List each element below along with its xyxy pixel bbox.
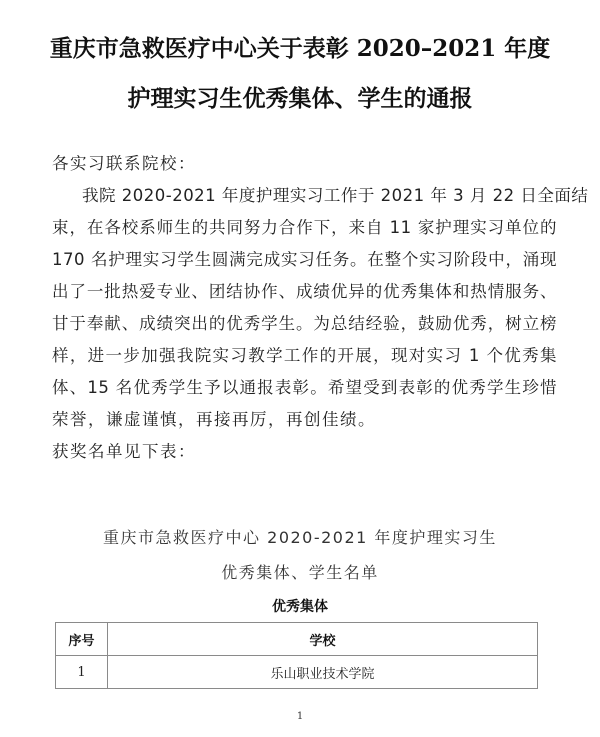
column-header-number: 序号 (56, 623, 108, 656)
paragraph-line: 我院 2020-2021 年度护理实习工作于 2021 年 3 月 22 日全面… (52, 180, 557, 212)
document-page: 重庆市急救医疗中心关于表彰 2020–2021 年度 护理实习生优秀集体、学生的… (0, 0, 600, 737)
list-title-line-2: 优秀集体、学生名单 (0, 560, 600, 583)
list-title-line-1: 重庆市急救医疗中心 2020-2021 年度护理实习生 (0, 525, 600, 548)
paragraph-line: 样，进一步加强我院实习教学工作的开展，现对实习 1 个优秀集 (52, 340, 557, 372)
section-heading-collective: 优秀集体 (0, 596, 600, 616)
cell-number: 1 (56, 656, 108, 689)
page-number: 1 (0, 711, 600, 722)
collective-table: 序号 学校 1 乐山职业技术学院 (55, 622, 538, 689)
paragraph-line: 170 名护理实习学生圆满完成实习任务。在整个实习阶段中，涌现 (52, 244, 557, 276)
paragraph-line: 荣誉，谦虚谨慎，再接再厉，再创佳绩。 (52, 404, 557, 436)
paragraph-line: 体、15 名优秀学生予以通报表彰。希望受到表彰的优秀学生珍惜 (52, 372, 557, 404)
salutation: 各实习联系院校： (52, 148, 196, 180)
paragraph-line: 束，在各校系师生的共同努力合作下，来自 11 家护理实习单位的 (52, 212, 557, 244)
paragraph-line: 甘于奉献、成绩突出的优秀学生。为总结经验，鼓励优秀，树立榜 (52, 308, 557, 340)
cell-school: 乐山职业技术学院 (108, 656, 538, 689)
document-title-line-2: 护理实习生优秀集体、学生的通报 (0, 80, 600, 113)
table-header-row: 序号 学校 (56, 623, 538, 656)
document-title-line-1: 重庆市急救医疗中心关于表彰 2020–2021 年度 (0, 30, 600, 63)
column-header-school: 学校 (108, 623, 538, 656)
body-paragraph: 我院 2020-2021 年度护理实习工作于 2021 年 3 月 22 日全面… (52, 180, 557, 436)
paragraph-line: 出了一批热爱专业、团结协作、成绩优异的优秀集体和热情服务、 (52, 276, 557, 308)
list-intro: 获奖名单见下表： (52, 436, 196, 468)
table-row: 1 乐山职业技术学院 (56, 656, 538, 689)
